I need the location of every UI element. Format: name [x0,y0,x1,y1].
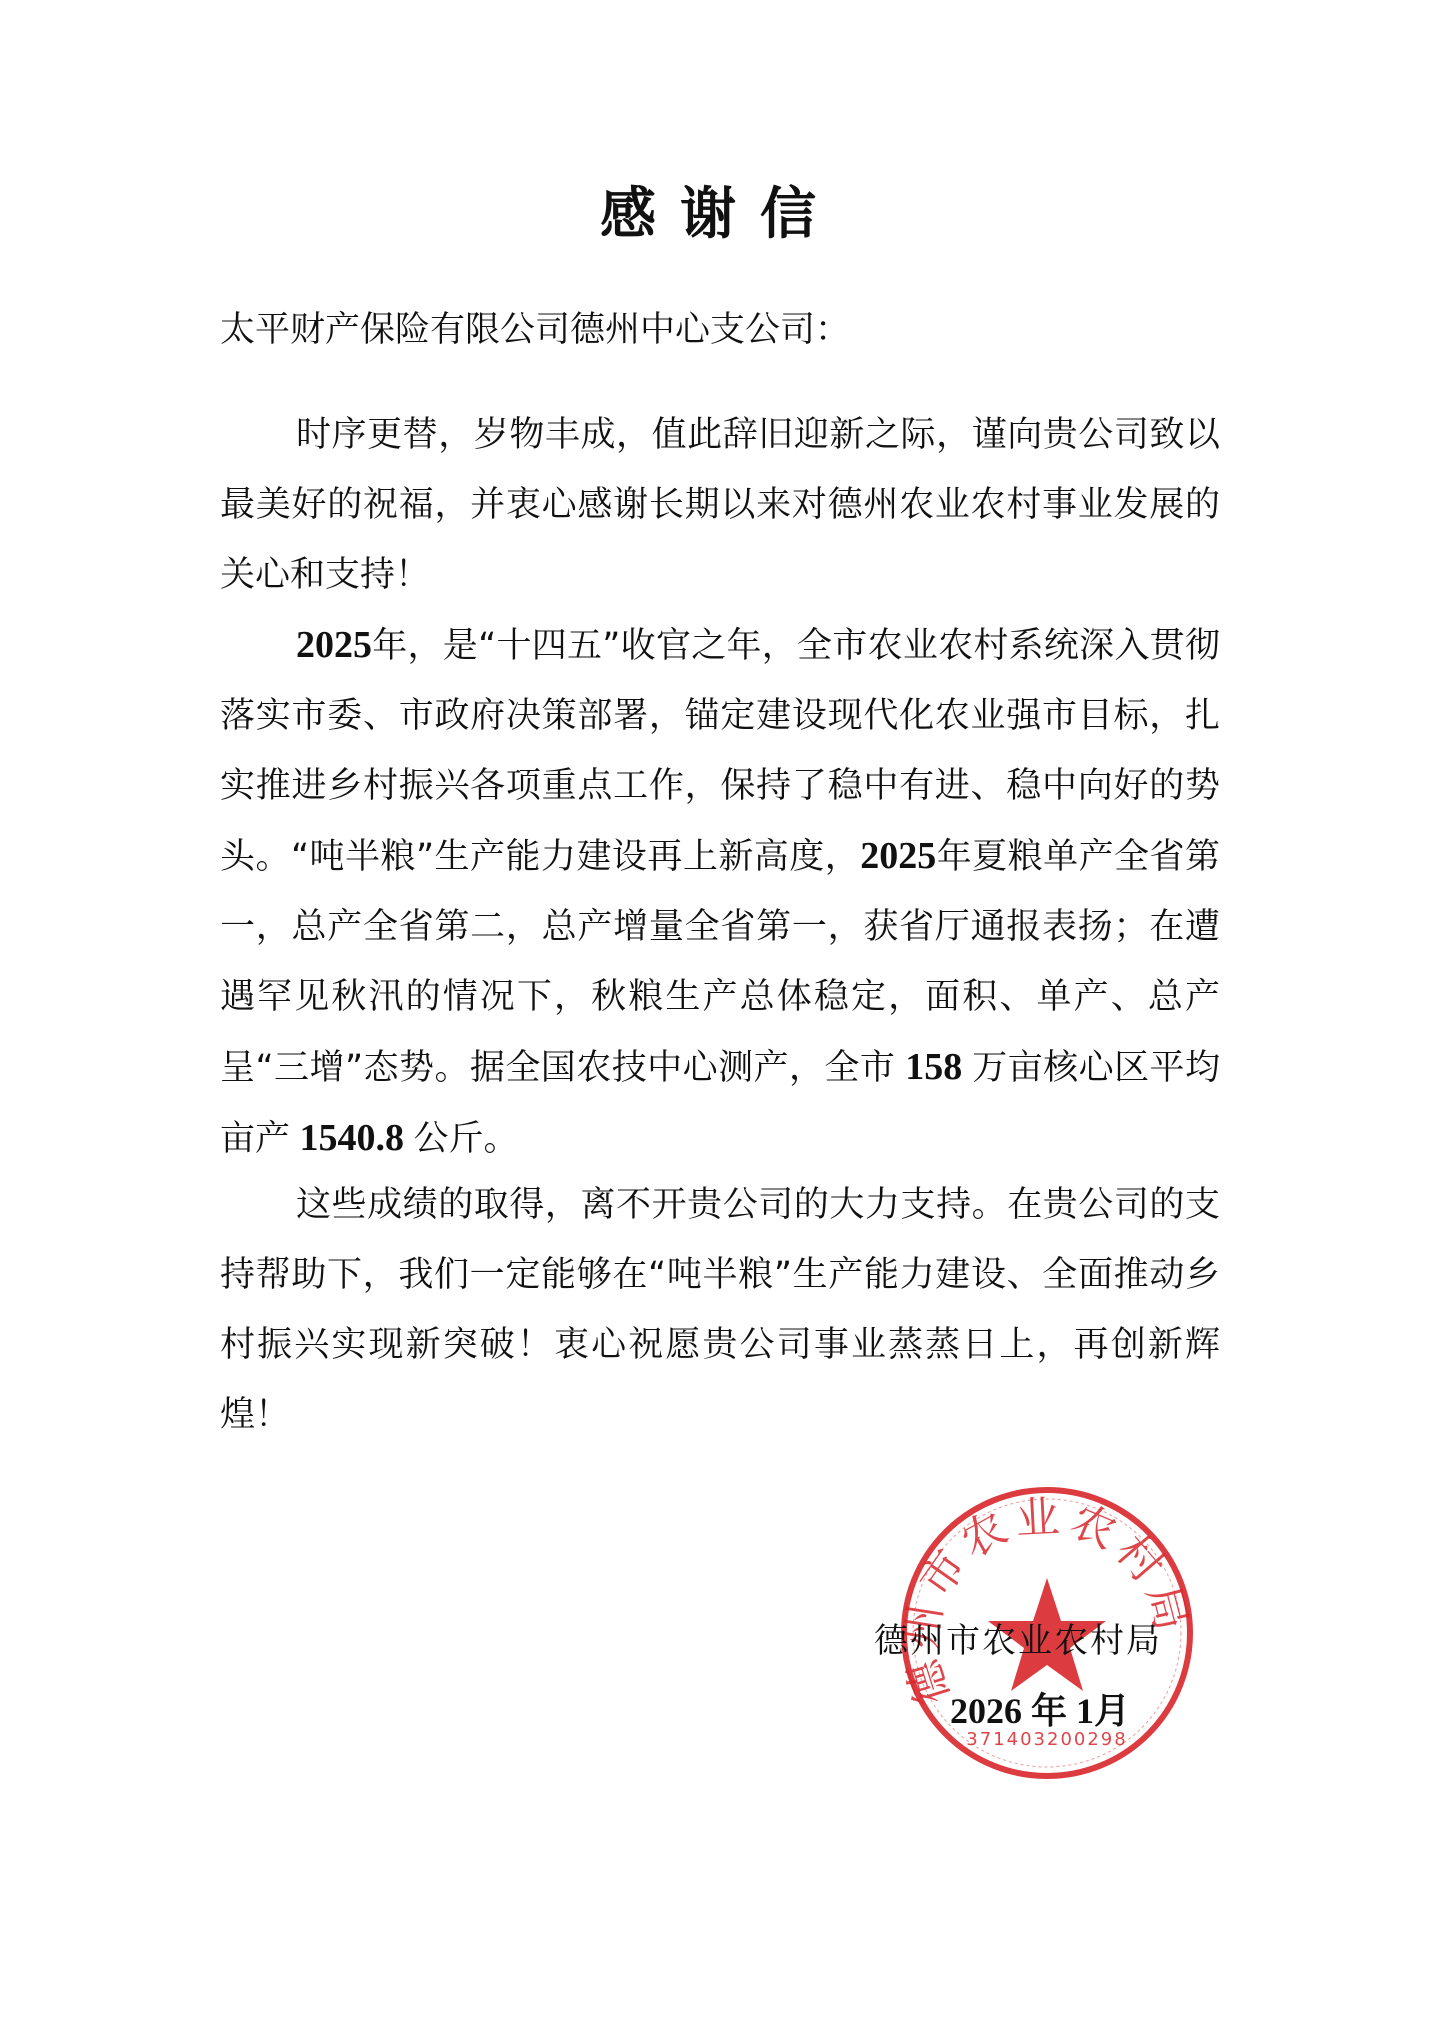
salutation: 太平财产保险有限公司德州中心支公司： [220,295,1220,365]
paragraph-1: 时序更替，岁物丰成，值此辞旧迎新之际，谨向贵公司致以最美好的祝福，并衷心感谢长期… [220,400,1220,610]
year-figure: 2025 [296,624,372,666]
signer-organization: 德州市农业农村局 [874,1613,1162,1662]
paragraph-2-text-d: 公斤。 [414,1119,519,1159]
paragraph-2: 2025年，是“十四五”收官之年，全市农业农村系统深入贯彻落实市委、市政府决策部… [220,610,1220,1174]
year-figure: 2025 [860,835,936,877]
area-figure: 158 [895,1046,972,1088]
paragraph-1-text: 时序更替，岁物丰成，值此辞旧迎新之际，谨向贵公司致以最美好的祝福，并衷心感谢长期… [220,415,1220,595]
yield-figure: 1540.8 [290,1117,414,1159]
paragraph-3-text: 这些成绩的取得，离不开贵公司的大力支持。在贵公司的支持帮助下，我们一定能够在“吨… [220,1185,1220,1435]
document-title: 感谢信 [0,180,1440,250]
paragraph-3: 这些成绩的取得，离不开贵公司的大力支持。在贵公司的支持帮助下，我们一定能够在“吨… [220,1170,1220,1450]
signature-date: 2026 年 1月 [950,1683,1130,1734]
